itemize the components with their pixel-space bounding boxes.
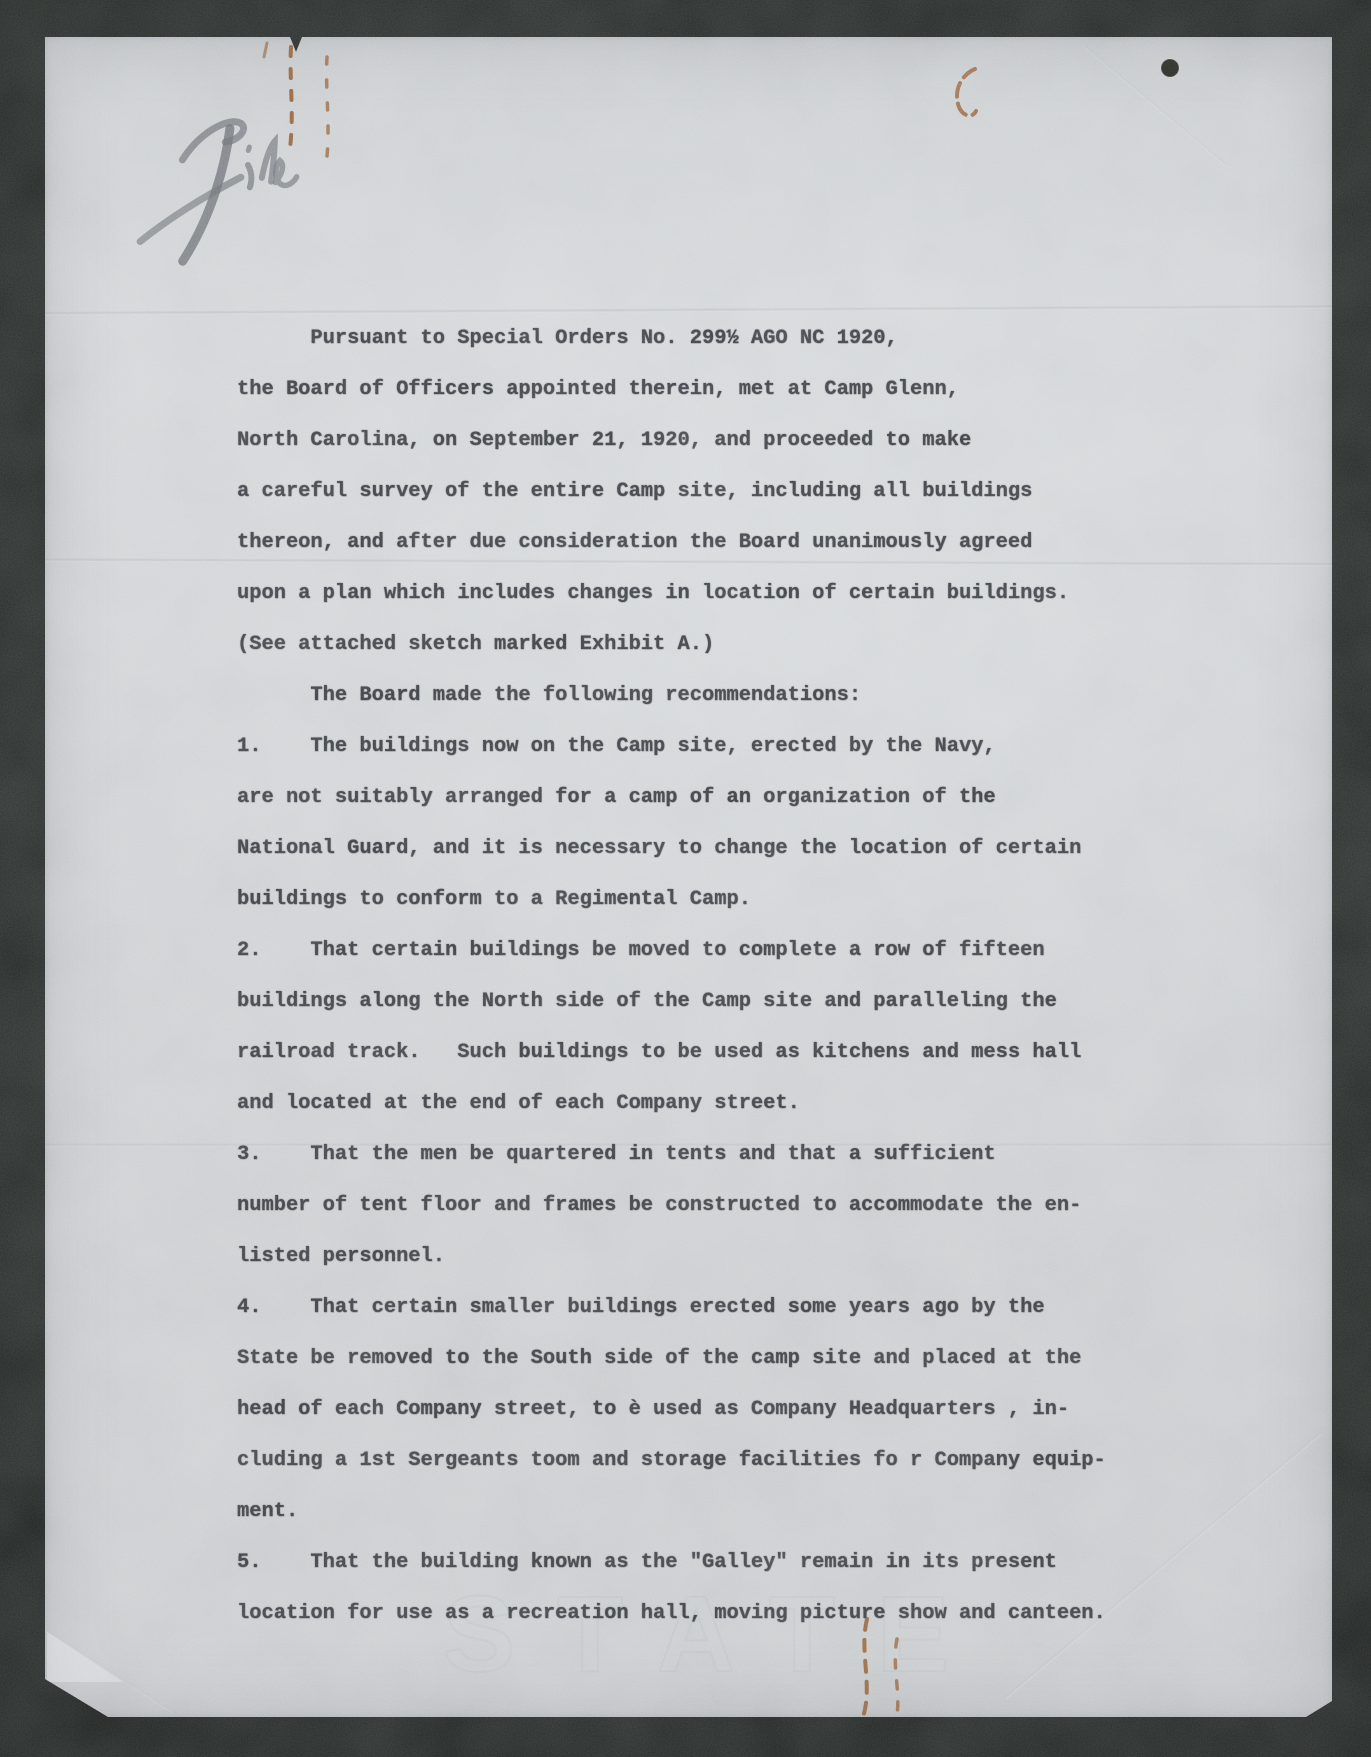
typed-line: location for use as a recreation hall, m… xyxy=(237,1588,1317,1639)
typed-line: listed personnel. xyxy=(237,1231,1317,1282)
typed-line: the Board of Officers appointed therein,… xyxy=(237,364,1317,415)
typed-line: head of each Company street, to è used a… xyxy=(237,1384,1317,1435)
typed-line: number of tent floor and frames be const… xyxy=(237,1180,1317,1231)
typed-line: The Board made the following recommendat… xyxy=(237,670,1317,721)
typed-line: thereon, and after due consideration the… xyxy=(237,517,1317,568)
typed-line: (See attached sketch marked Exhibit A.) xyxy=(237,619,1317,670)
typed-line: buildings to conform to a Regimental Cam… xyxy=(237,874,1317,925)
typed-line: upon a plan which includes changes in lo… xyxy=(237,568,1317,619)
document-page: STATE Pursuant to Special Orders No. 299… xyxy=(45,37,1332,1717)
typed-line: 1. The buildings now on the Camp site, e… xyxy=(237,721,1317,772)
typed-line: North Carolina, on September 21, 1920, a… xyxy=(237,415,1317,466)
typed-line: railroad track. Such buildings to be use… xyxy=(237,1027,1317,1078)
photo-backdrop: STATE Pursuant to Special Orders No. 299… xyxy=(0,0,1371,1757)
typed-line: cluding a 1st Sergeants toom and storage… xyxy=(237,1435,1317,1486)
typed-line: buildings along the North side of the Ca… xyxy=(237,976,1317,1027)
typed-text-block: Pursuant to Special Orders No. 299½ AGO … xyxy=(237,313,1317,1639)
typed-line: 2. That certain buildings be moved to co… xyxy=(237,925,1317,976)
typed-line: 3. That the men be quartered in tents an… xyxy=(237,1129,1317,1180)
typed-line: are not suitably arranged for a camp of … xyxy=(237,772,1317,823)
typed-line: State be removed to the South side of th… xyxy=(237,1333,1317,1384)
typed-line: 5. That the building known as the "Galle… xyxy=(237,1537,1317,1588)
typed-line: a careful survey of the entire Camp site… xyxy=(237,466,1317,517)
typed-line: 4. That certain smaller buildings erecte… xyxy=(237,1282,1317,1333)
typed-line: ment. xyxy=(237,1486,1317,1537)
corner-fold-highlight xyxy=(47,1632,123,1682)
rust-stain-bottom-right-2 xyxy=(895,1639,898,1717)
typed-line: National Guard, and it is necessary to c… xyxy=(237,823,1317,874)
typed-line: Pursuant to Special Orders No. 299½ AGO … xyxy=(237,313,1317,364)
typed-line: and located at the end of each Company s… xyxy=(237,1078,1317,1129)
